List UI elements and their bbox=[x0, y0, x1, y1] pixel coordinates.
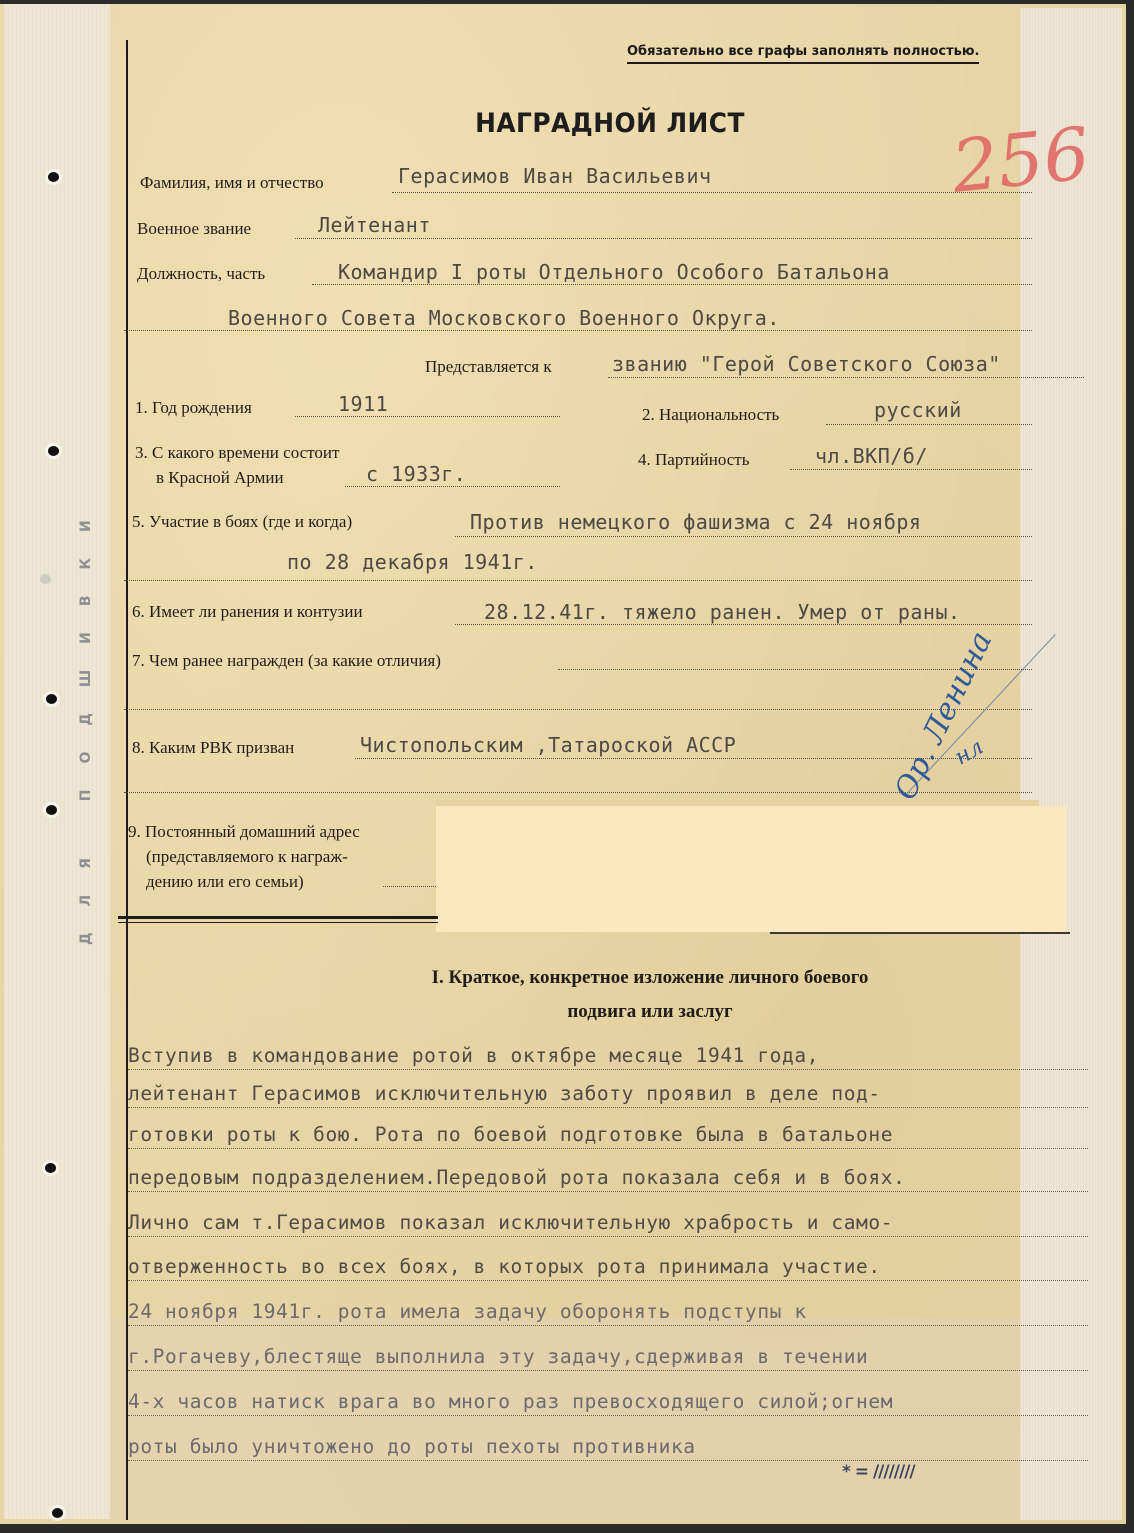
position-label: Должность, часть bbox=[137, 264, 265, 284]
nationality-line bbox=[826, 424, 1032, 425]
redacted-address-block bbox=[436, 806, 1066, 932]
full-name-label: Фамилия, имя и отчество bbox=[140, 173, 324, 193]
service-since-line bbox=[345, 486, 560, 487]
conscripted-by-value: Чистопольским ,Татароской АССР bbox=[360, 733, 736, 757]
narrative-line: передовым подразделением.Передовой рота … bbox=[128, 1166, 1088, 1192]
binding-hole-faint-icon bbox=[40, 574, 51, 584]
party-label: 4. Партийность bbox=[638, 450, 749, 470]
position-line-1 bbox=[312, 284, 1032, 285]
birth-year-label: 1. Год рождения bbox=[135, 398, 252, 418]
wounds-line bbox=[455, 624, 1032, 625]
narrative-line: готовки роты к бою. Рота по боевой подго… bbox=[128, 1123, 1088, 1149]
conscripted-by-label: 8. Каким РВК призван bbox=[132, 738, 294, 758]
rank-line bbox=[295, 238, 1032, 239]
home-address-line bbox=[383, 886, 438, 887]
binding-margin-label: ДЛЯ ПОДШИВКИ bbox=[78, 420, 98, 1020]
section-divider bbox=[118, 916, 438, 923]
previous-awards-line-2 bbox=[124, 709, 1032, 710]
typed-strikeout-mark: * = //////// bbox=[842, 1462, 915, 1482]
previous-awards-label: 7. Чем ранее награжден (за какие отличия… bbox=[132, 651, 441, 671]
section-divider-right bbox=[770, 932, 1070, 934]
home-address-label-line2: (представляемого к награж- bbox=[146, 847, 348, 867]
narrative-line: отверженность во всех боях, в которых ро… bbox=[128, 1255, 1088, 1281]
handwritten-page-number: 256 bbox=[948, 111, 1093, 209]
section-1-title-line1: I. Краткое, конкретное изложение личного… bbox=[130, 967, 1134, 989]
full-name-value: Герасимов Иван Васильевич bbox=[398, 164, 712, 188]
service-since-value: с 1933г. bbox=[366, 462, 466, 486]
position-line-2 bbox=[124, 330, 1032, 331]
margin-rule bbox=[126, 40, 128, 1520]
narrative-line: 24 ноября 1941г. рота имела задачу оборо… bbox=[128, 1300, 1088, 1326]
birth-year-value: 1911 bbox=[338, 392, 388, 416]
narrative-line: роты было уничтожено до роты пехоты прот… bbox=[128, 1435, 1088, 1461]
nominated-for-line bbox=[608, 377, 1084, 378]
full-name-line bbox=[392, 192, 1032, 193]
position-value-line1: Командир I роты Отдельного Особого Батал… bbox=[338, 260, 890, 284]
narrative-line: Лично сам т.Герасимов показал исключител… bbox=[128, 1211, 1088, 1237]
wounds-value: 28.12.41г. тяжело ранен. Умер от раны. bbox=[484, 600, 961, 624]
binding-hole-icon bbox=[52, 1508, 63, 1518]
home-address-label-line3: дению или его семьи) bbox=[146, 872, 304, 892]
right-paper-strip bbox=[1020, 8, 1122, 1520]
binding-hole-icon bbox=[46, 694, 57, 704]
battles-value-line1: Против немецкого фашизма с 24 ноября bbox=[470, 510, 921, 534]
battles-label: 5. Участие в боях (где и когда) bbox=[132, 512, 352, 532]
narrative-line: Вступив в командование ротой в октябре м… bbox=[128, 1044, 1088, 1070]
position-value-line2: Военного Совета Московского Военного Окр… bbox=[228, 306, 780, 330]
binding-hole-icon bbox=[46, 805, 57, 815]
nationality-value: русский bbox=[874, 398, 962, 422]
battles-line-2 bbox=[124, 580, 1032, 581]
service-since-label-line2: в Красной Армии bbox=[156, 468, 284, 488]
wounds-label: 6. Имеет ли ранения и контузии bbox=[132, 602, 363, 622]
home-address-label-line1: 9. Постоянный домашний адрес bbox=[128, 822, 360, 842]
rank-label: Военное звание bbox=[137, 219, 251, 239]
battles-line-1 bbox=[455, 536, 1032, 537]
nominated-for-value: званию "Герой Советского Союза" bbox=[612, 352, 1001, 376]
birth-year-line bbox=[295, 416, 560, 417]
narrative-line: лейтенант Герасимов исключительную забот… bbox=[128, 1082, 1088, 1108]
rank-value: Лейтенант bbox=[318, 213, 431, 237]
section-1-title-line2: подвига или заслуг bbox=[130, 1001, 1134, 1023]
battles-value-line2: по 28 декабря 1941г. bbox=[287, 550, 538, 574]
service-since-label-line1: 3. С какого времени состоит bbox=[135, 443, 339, 463]
binding-hole-icon bbox=[48, 446, 59, 456]
binding-hole-icon bbox=[45, 1163, 56, 1173]
nominated-for-label: Представляется к bbox=[425, 357, 552, 377]
party-value: чл.ВКП/б/ bbox=[815, 444, 928, 468]
narrative-line: г.Рогачеву,блестяще выполнила эту задачу… bbox=[128, 1345, 1088, 1371]
party-line bbox=[790, 469, 1032, 470]
binding-hole-icon bbox=[48, 172, 59, 182]
fill-all-fields-notice: Обязательно все графы заполнять полность… bbox=[627, 44, 979, 64]
nationality-label: 2. Национальность bbox=[642, 405, 779, 425]
narrative-line: 4-х часов натиск врага во много раз прев… bbox=[128, 1390, 1088, 1416]
